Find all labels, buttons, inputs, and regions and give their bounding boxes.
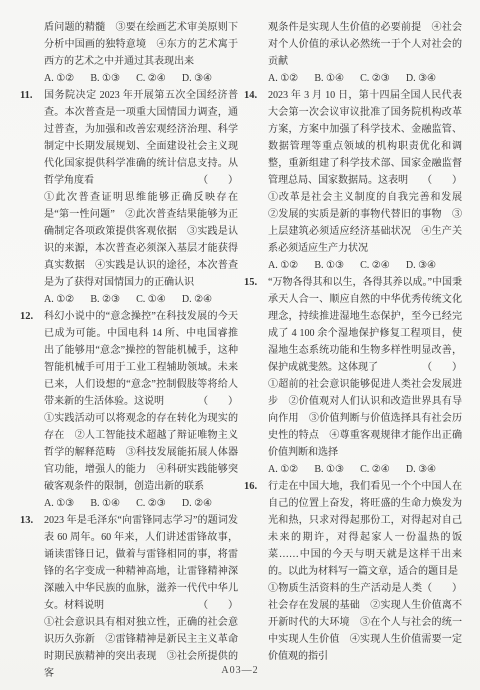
option-d: D. ③④	[406, 461, 436, 478]
option-a: A. ①②	[268, 70, 298, 87]
answer-bracket: （ ）	[422, 359, 462, 376]
option-b: B. ①③	[90, 70, 120, 87]
question-15-options: A. ①② B. ①③ C. ②④ D. ③④	[268, 461, 462, 478]
question-stem: 行走在中国大地，我们看见一个个中国人在自己的位置上奋发，将旺盛的生命力焕发为光和…	[268, 478, 462, 580]
question-number: 12.	[20, 308, 33, 325]
page-number: A03—2	[0, 665, 480, 676]
question-number: 15.	[244, 274, 257, 291]
stem-text: 行走在中国大地，我们看见一个个中国人在自己的位置上奋发，将旺盛的生命力焕发为光和…	[268, 481, 462, 577]
question-10-options: A. ①② B. ①③ C. ②④ D. ③④	[44, 70, 238, 87]
question-11-options: A. ①② B. ②③ C. ①④ D. ②④	[44, 291, 238, 308]
question-stem: 科幻小说中的“意念操控”在科技发展的今天已成为可能。中国电科 14 所、中电国睿…	[44, 308, 238, 410]
question-13-options: A. ①② B. ①④ C. ②③ D. ③④	[268, 70, 462, 87]
question-items: ①实践活动可以将观念的存在转化为现实的存在 ②人工智能技术超越了辩证唯物主义哲学…	[44, 410, 238, 495]
option-c: C. ②④	[360, 461, 390, 478]
option-d: D. ③④	[406, 70, 436, 87]
question-12-options: A. ①③ B. ①④ C. ②③ D. ②④	[44, 495, 238, 512]
option-a: A. ①②	[268, 257, 298, 274]
question-stem: 2023 年 3 月 10 日，第十四届全国人民代表大会第一次会议审议批准了国务…	[268, 87, 462, 189]
option-b: B. ①④	[90, 495, 120, 512]
answer-bracket: （ ）	[422, 172, 462, 189]
stem-text: 科幻小说中的“意念操控”在科技发展的今天已成为可能。中国电科 14 所、中电国睿…	[44, 311, 238, 407]
option-d: D. ③④	[182, 70, 212, 87]
option-a: A. ①②	[44, 291, 74, 308]
question-text: 盾问题的精髓 ③要在绘画艺术审美原则下分析中国画的独特意境 ④东方的艺术寓于西方…	[44, 19, 238, 70]
question-items: ①改革是社会主义制度的自我完善和发展 ②发展的实质是新的事物代替旧的事物 ③上层…	[268, 189, 462, 257]
question-number: 16.	[244, 478, 257, 495]
option-d: D. ②④	[182, 291, 212, 308]
option-b: B. ①④	[314, 70, 344, 87]
question-items: ①超前的社会意识能够促进人类社会发展进步 ②价值观对人们认识和改造世界具有导向作…	[268, 376, 462, 461]
stem-text: “万物各得其和以生，各得其养以成。”中国秉承天人合一、顺应自然的中华优秀传统文化…	[268, 277, 462, 373]
option-d: D. ②④	[182, 495, 212, 512]
option-c: C. ②④	[136, 70, 166, 87]
option-c: C. ①④	[136, 291, 166, 308]
question-13-continuation: 观条件是实现人生价值的必要前提 ④社会对个人价值的承认必然统一于个人对社会的贡献…	[244, 19, 462, 87]
option-a: A. ①②	[44, 70, 74, 87]
option-c: C. ②③	[136, 495, 166, 512]
two-column-layout: 盾问题的精髓 ③要在绘画艺术审美原则下分析中国画的独特意境 ④东方的艺术寓于西方…	[20, 19, 462, 682]
question-10-continuation: 盾问题的精髓 ③要在绘画艺术审美原则下分析中国画的独特意境 ④东方的艺术寓于西方…	[20, 19, 238, 87]
question-16: 16. 行走在中国大地，我们看见一个个中国人在自己的位置上奋发，将旺盛的生命力焕…	[244, 478, 462, 665]
question-number: 11.	[20, 87, 33, 104]
right-column: 观条件是实现人生价值的必要前提 ④社会对个人价值的承认必然统一于个人对社会的贡献…	[244, 19, 462, 682]
question-11: 11. 国务院决定 2023 年开展第五次全国经济普查。本次普查是一项重大国情国…	[20, 87, 238, 308]
option-c: C. ②③	[360, 70, 390, 87]
question-15: 15. “万物各得其和以生，各得其养以成。”中国秉承天人合一、顺应自然的中华优秀…	[244, 274, 462, 478]
answer-bracket: （ ）	[422, 580, 462, 597]
option-d: D. ③④	[406, 257, 436, 274]
question-14: 14. 2023 年 3 月 10 日，第十四届全国人民代表大会第一次会议审议批…	[244, 87, 462, 274]
option-b: B. ②③	[90, 291, 120, 308]
question-text: 观条件是实现人生价值的必要前提 ④社会对个人价值的承认必然统一于个人对社会的贡献	[268, 19, 462, 70]
option-b: B. ①③	[314, 257, 344, 274]
stem-text: 2023 年 3 月 10 日，第十四届全国人民代表大会第一次会议审议批准了国务…	[268, 90, 462, 186]
question-12: 12. 科幻小说中的“意念操控”在科技发展的今天已成为可能。中国电科 14 所、…	[20, 308, 238, 512]
stem-text: 2023 年是毛泽东“向雷锋同志学习”的题词发表 60 周年。60 年来，人们讲…	[44, 515, 238, 611]
question-stem: 2023 年是毛泽东“向雷锋同志学习”的题词发表 60 周年。60 年来，人们讲…	[44, 512, 238, 614]
left-column: 盾问题的精髓 ③要在绘画艺术审美原则下分析中国画的独特意境 ④东方的艺术寓于西方…	[20, 19, 238, 682]
question-13: 13. 2023 年是毛泽东“向雷锋同志学习”的题词发表 60 周年。60 年来…	[20, 512, 238, 682]
answer-bracket: （ ）	[198, 597, 238, 614]
question-items: ①此次普查证明思维能够正确反映存在是“第一性问题” ②此次普查结果能够为正确制定…	[44, 189, 238, 291]
question-stem: 国务院决定 2023 年开展第五次全国经济普查。本次普查是一项重大国情国力调查，…	[44, 87, 238, 189]
question-stem: “万物各得其和以生，各得其养以成。”中国秉承天人合一、顺应自然的中华优秀传统文化…	[268, 274, 462, 376]
question-number: 13.	[20, 512, 33, 529]
option-c: C. ②④	[360, 257, 390, 274]
exam-page: 盾问题的精髓 ③要在绘画艺术审美原则下分析中国画的独特意境 ④东方的艺术寓于西方…	[0, 0, 480, 690]
question-14-options: A. ①② B. ①③ C. ②④ D. ③④	[268, 257, 462, 274]
answer-bracket: （ ）	[198, 172, 238, 189]
option-a: A. ①②	[268, 461, 298, 478]
option-a: A. ①③	[44, 495, 74, 512]
answer-bracket: （ ）	[198, 393, 238, 410]
question-number: 14.	[244, 87, 257, 104]
option-b: B. ①③	[314, 461, 344, 478]
stem-text: 国务院决定 2023 年开展第五次全国经济普查。本次普查是一项重大国情国力调查，…	[44, 90, 238, 186]
